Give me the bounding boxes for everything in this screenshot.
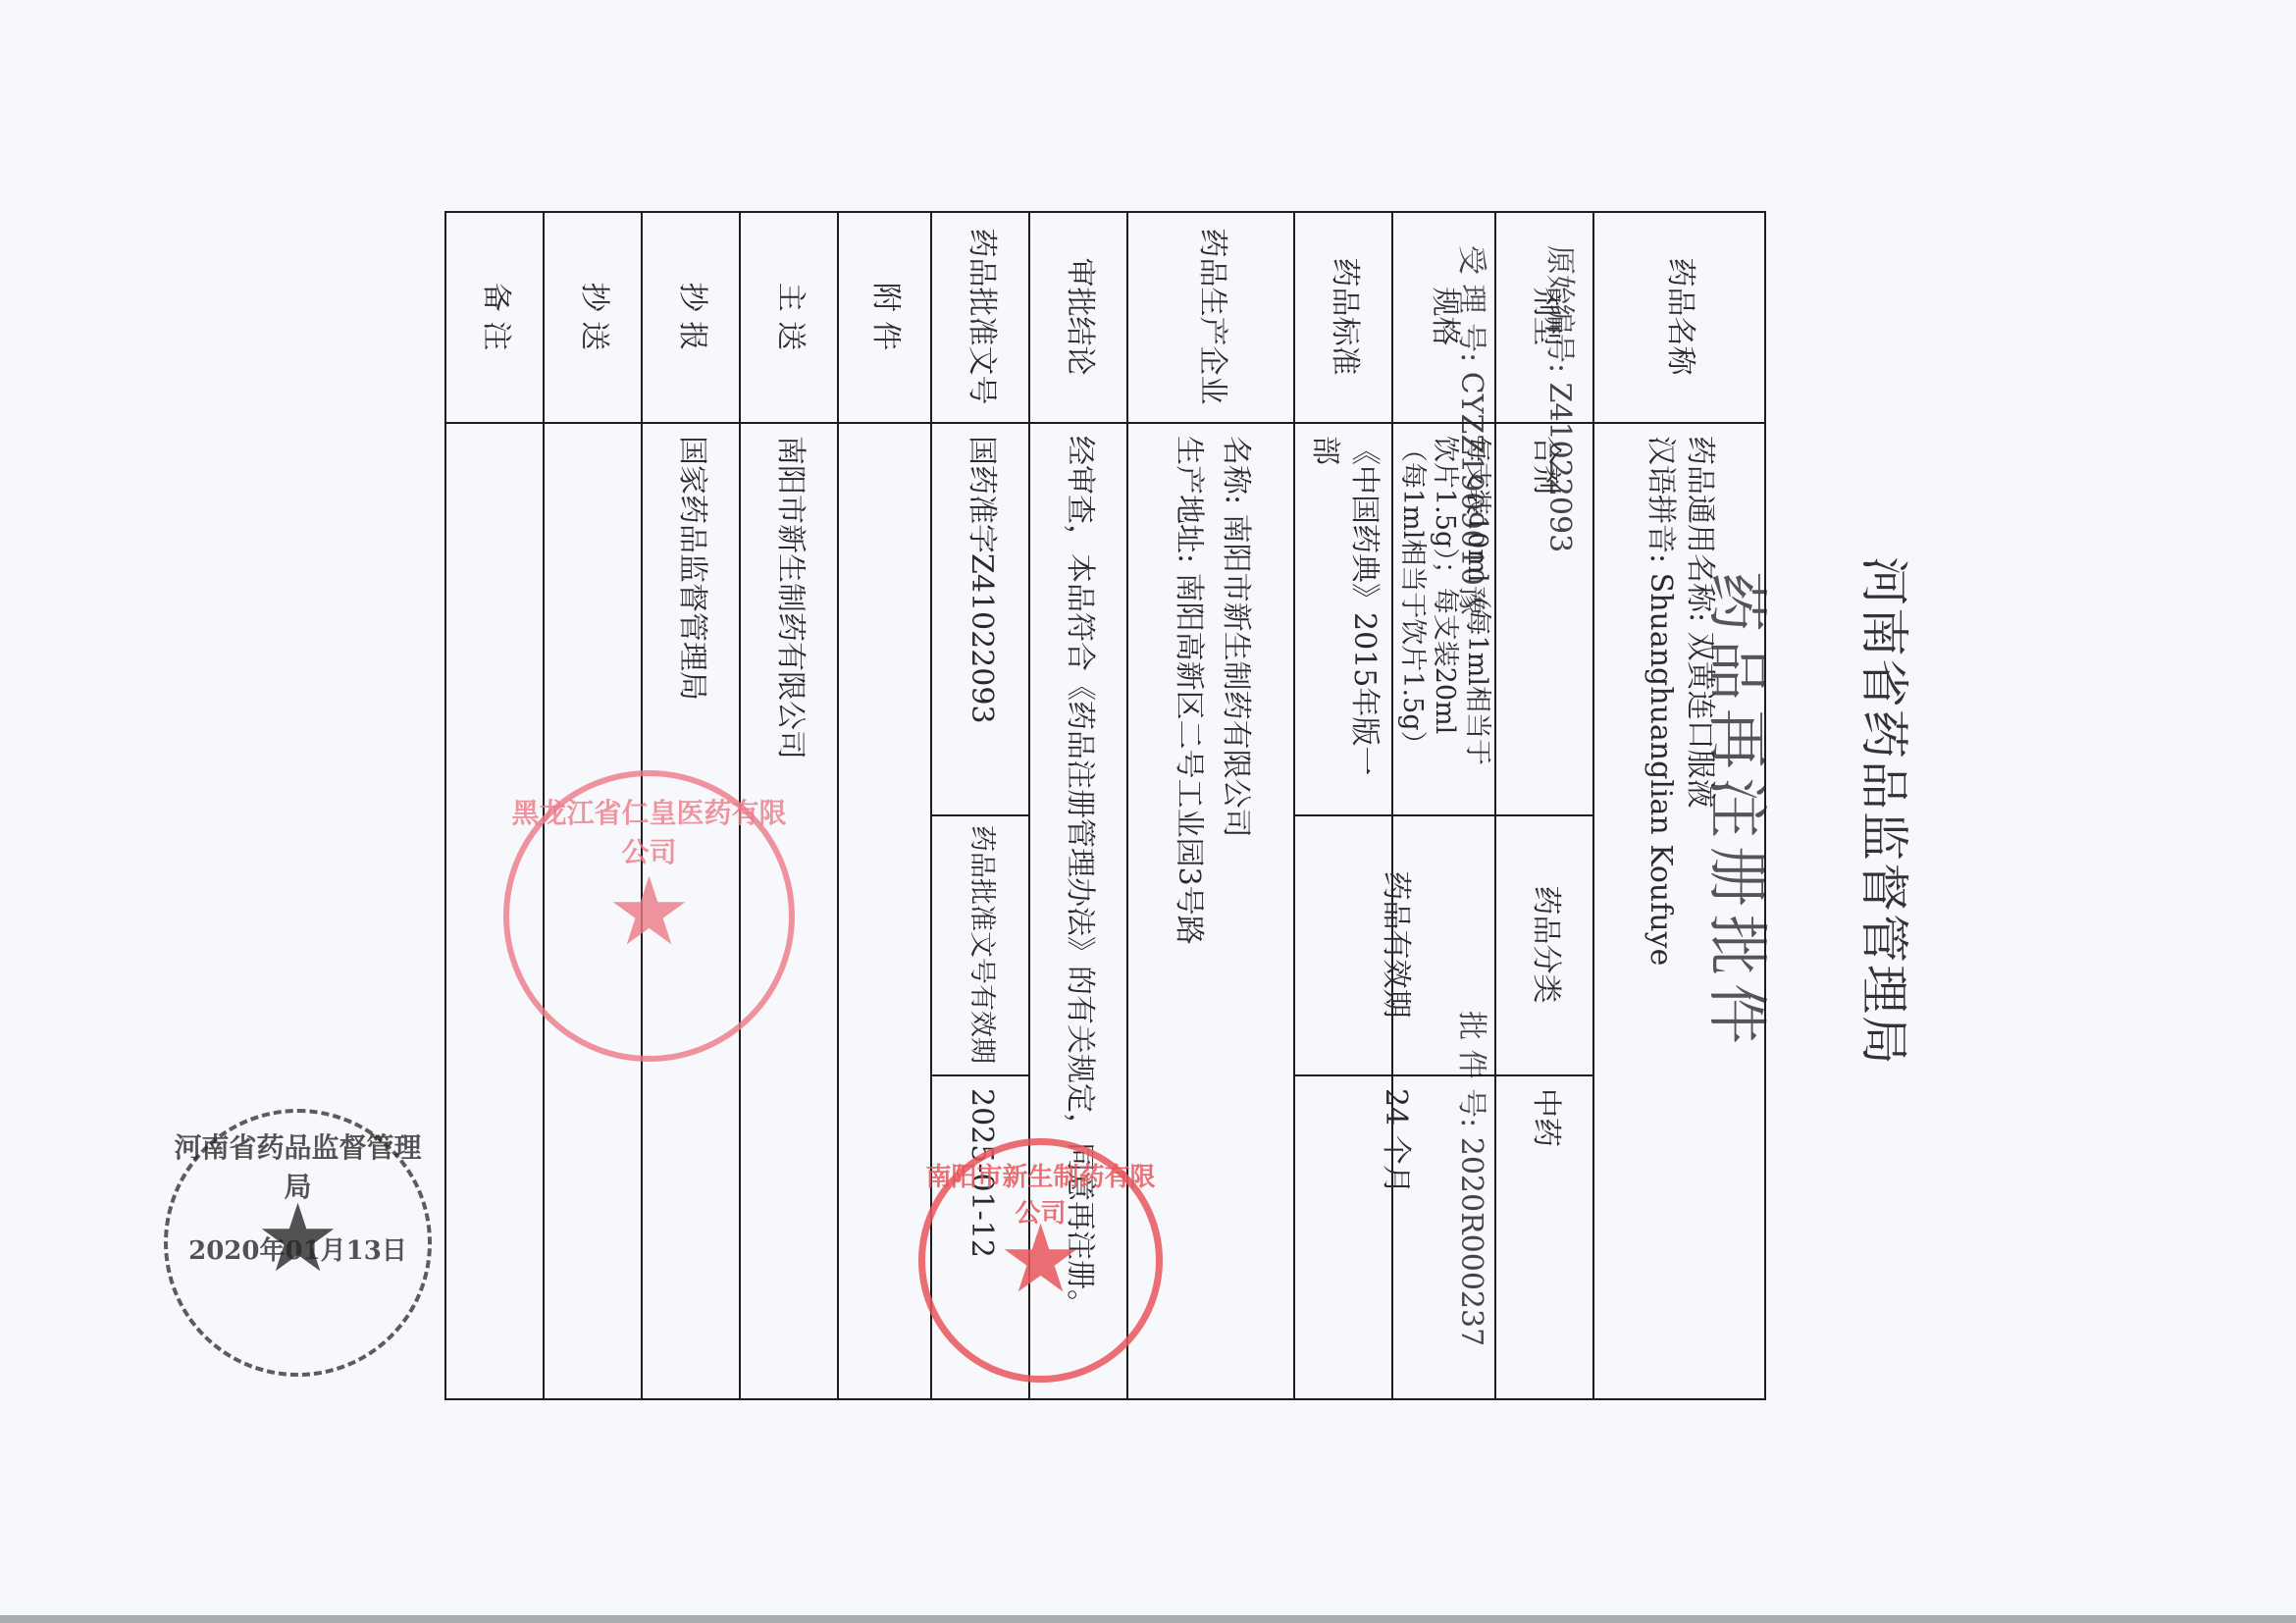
- company-seal-red: ★ 南阳市新生制药有限公司: [918, 1138, 1163, 1383]
- generic-name-label: 药品通用名称:: [1684, 436, 1718, 622]
- seal-date: 2020年01月13日: [168, 1230, 428, 1267]
- star-icon: ★: [509, 864, 789, 959]
- dosage-form-value: 合剂: [1496, 422, 1594, 828]
- conclusion-label: 审批结论: [1030, 211, 1128, 422]
- pinyin: Shuanghuanglian Koufuye: [1644, 573, 1679, 967]
- attachments-label: 附 件: [839, 211, 932, 422]
- manufacturer-name-label: 名称:: [1219, 436, 1253, 504]
- approval-number-value: 国药准字Z41022093: [932, 422, 1030, 828]
- approval-expiry-label: 药品批准文号有效期: [932, 814, 1030, 1074]
- pinyin-line: 汉语拼音: Shuanghuanglian Koufuye: [1642, 436, 1681, 966]
- seal-text: 黑龙江省仁皇医药有限公司: [509, 792, 789, 870]
- approval-number-label: 药品批准文号: [932, 211, 1030, 422]
- category-label: 药品分类: [1496, 814, 1594, 1074]
- agency-seal: ★ 河南省药品监督管理局 2020年01月13日: [164, 1109, 432, 1377]
- company-seal-pink: ★ 黑龙江省仁皇医药有限公司: [503, 770, 795, 1062]
- generic-name-line: 药品通用名称: 双黄连口服液: [1681, 436, 1720, 809]
- category-value: 中药: [1496, 1074, 1594, 1412]
- seal-text: 南阳市新生制药有限公司: [925, 1157, 1156, 1230]
- specification-label: 规格: [1393, 211, 1496, 422]
- generic-name: 双黄连口服液: [1684, 632, 1718, 809]
- spec-line: （每1ml相当于饮片1.5g）: [1396, 436, 1429, 758]
- drug-name-value: 药品通用名称: 双黄连口服液 汉语拼音: Shuanghuanglian Kou…: [1594, 422, 1766, 1397]
- cc-label: 抄 送: [545, 211, 643, 422]
- pinyin-label: 汉语拼音:: [1644, 436, 1679, 563]
- dosage-form-label: 剂型: [1496, 211, 1594, 422]
- report-copy-label: 抄 报: [643, 211, 741, 422]
- validity-label: 药品有效期: [1295, 814, 1496, 1074]
- standard-value: 《中国药典》2015年版一 部: [1295, 422, 1393, 828]
- standard-label: 药品标准: [1295, 211, 1393, 422]
- manufacturer-address: 南阳高新区二号工业园3号路: [1172, 573, 1206, 945]
- spec-line: 饮片1.5g）；每支装20ml: [1429, 436, 1461, 734]
- manufacturer-name-line: 名称: 南阳市新生制药有限公司: [1212, 436, 1259, 838]
- seal-text: 河南省药品监督管理局: [168, 1126, 428, 1205]
- spec-line: 每支装10ml（每1ml相当于: [1461, 436, 1493, 765]
- scan-edge: [0, 1615, 2296, 1623]
- manufacturer-address-line: 生产地址: 南阳高新区二号工业园3号路: [1165, 436, 1212, 945]
- main-recipient-label: 主 送: [741, 211, 839, 422]
- manufacturer-address-label: 生产地址:: [1172, 436, 1206, 563]
- manufacturer-name: 南阳市新生制药有限公司: [1219, 514, 1253, 838]
- remarks-label: 备 注: [446, 211, 545, 422]
- drug-name-label: 药品名称: [1594, 211, 1766, 422]
- rotated-document-page: 河南省药品监督管理局 药品再注册批件 原始编号: Z41022093 受 理 号…: [0, 0, 2296, 1623]
- specification-value: 每支装10ml（每1ml相当于 饮片1.5g）；每支装20ml （每1ml相当于…: [1393, 422, 1496, 828]
- standard-line: 部: [1305, 436, 1344, 465]
- validity-value: 24 个月: [1295, 1074, 1496, 1412]
- manufacturer-label: 药品生产企业: [1128, 211, 1295, 422]
- agency-title: 河南省药品监督管理局: [1852, 0, 1923, 1623]
- standard-line: 《中国药典》2015年版一: [1344, 436, 1383, 775]
